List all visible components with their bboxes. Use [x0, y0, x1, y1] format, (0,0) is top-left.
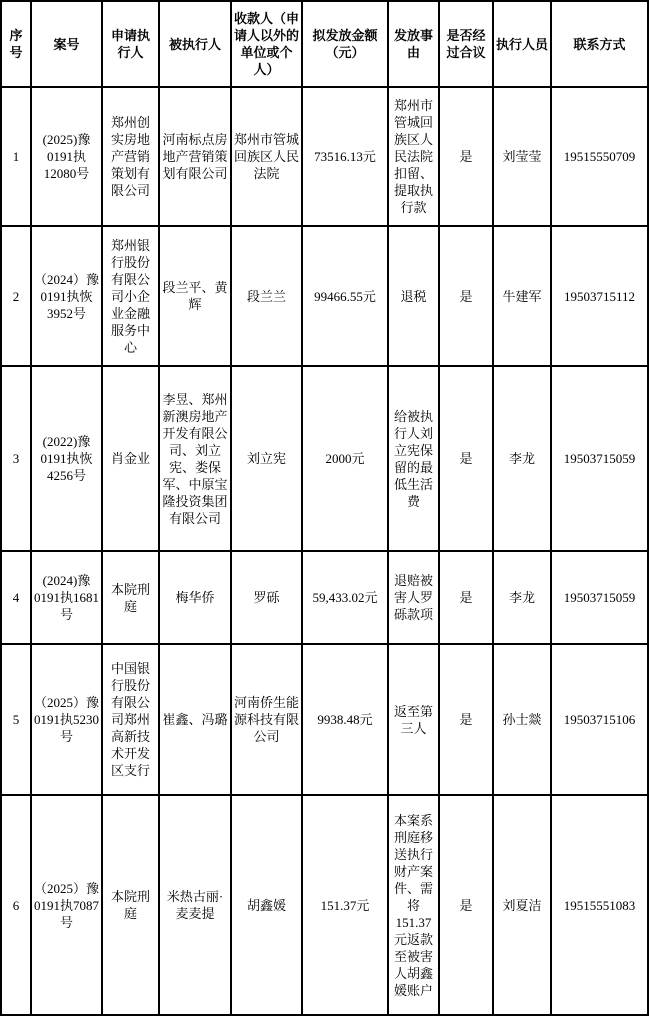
- cell-payee: 胡鑫媛: [231, 795, 302, 1015]
- cell-officer: 牛建军: [493, 226, 551, 366]
- cell-contact: 19503715059: [551, 551, 648, 644]
- col-header-serial-number: 序号: [1, 1, 31, 87]
- col-header-deliberated: 是否经过合议: [439, 1, 493, 87]
- payout-table: 序号 案号 申请执行人 被执行人 收款人（申请人以外的单位或个人） 拟发放金额（…: [0, 0, 649, 1016]
- col-header-contact: 联系方式: [551, 1, 648, 87]
- col-header-case-number: 案号: [31, 1, 102, 87]
- cell-officer: 李龙: [493, 551, 551, 644]
- cell-serial-number: 3: [1, 366, 31, 551]
- cell-case-number: (2022)豫0191执恢4256号: [31, 366, 102, 551]
- col-header-officer: 执行人员: [493, 1, 551, 87]
- cell-reason: 返至第三人: [388, 644, 439, 795]
- col-header-payee: 收款人（申请人以外的单位或个人）: [231, 1, 302, 87]
- cell-respondent: 梅华侨: [159, 551, 231, 644]
- cell-case-number: （2025）豫0191执7087号: [31, 795, 102, 1015]
- cell-amount: 2000元: [302, 366, 388, 551]
- cell-deliberated: 是: [439, 551, 493, 644]
- cell-amount: 73516.13元: [302, 87, 388, 226]
- cell-deliberated: 是: [439, 795, 493, 1015]
- cell-applicant: 郑州创实房地产营销策划有限公司: [102, 87, 159, 226]
- cell-officer: 李龙: [493, 366, 551, 551]
- table-row: 2 （2024）豫0191执恢3952号 郑州银行股份有限公司小企业金融服务中心…: [1, 226, 648, 366]
- cell-serial-number: 5: [1, 644, 31, 795]
- header-row: 序号 案号 申请执行人 被执行人 收款人（申请人以外的单位或个人） 拟发放金额（…: [1, 1, 648, 87]
- cell-deliberated: 是: [439, 87, 493, 226]
- cell-serial-number: 2: [1, 226, 31, 366]
- table-row: 5 （2025）豫0191执5230号 中国银行股份有限公司郑州高新技术开发区支…: [1, 644, 648, 795]
- cell-contact: 19515550709: [551, 87, 648, 226]
- cell-serial-number: 4: [1, 551, 31, 644]
- cell-amount: 151.37元: [302, 795, 388, 1015]
- cell-applicant: 本院刑庭: [102, 551, 159, 644]
- table-row: 3 (2022)豫0191执恢4256号 肖金业 李昱、郑州新澳房地产开发有限公…: [1, 366, 648, 551]
- cell-case-number: (2025)豫0191执12080号: [31, 87, 102, 226]
- cell-contact: 19515551083: [551, 795, 648, 1015]
- cell-reason: 郑州市管城回族区人民法院扣留、提取执行款: [388, 87, 439, 226]
- cell-applicant: 肖金业: [102, 366, 159, 551]
- cell-applicant: 本院刑庭: [102, 795, 159, 1015]
- cell-applicant: 中国银行股份有限公司郑州高新技术开发区支行: [102, 644, 159, 795]
- cell-contact: 19503715112: [551, 226, 648, 366]
- cell-amount: 59,433.02元: [302, 551, 388, 644]
- cell-case-number: （2025）豫0191执5230号: [31, 644, 102, 795]
- cell-respondent: 米热古丽·麦麦提: [159, 795, 231, 1015]
- cell-officer: 孙士燚: [493, 644, 551, 795]
- cell-deliberated: 是: [439, 644, 493, 795]
- cell-reason: 本案系刑庭移送执行财产案件、需将151.37元返款至被害人胡鑫媛账户: [388, 795, 439, 1015]
- cell-officer: 刘夏洁: [493, 795, 551, 1015]
- cell-payee: 河南侨生能源科技有限公司: [231, 644, 302, 795]
- col-header-amount: 拟发放金额（元）: [302, 1, 388, 87]
- table-row: 4 (2024)豫0191执1681号 本院刑庭 梅华侨 罗砾 59,433.0…: [1, 551, 648, 644]
- cell-respondent: 段兰平、黄辉: [159, 226, 231, 366]
- cell-reason: 给被执行人刘立宪保留的最低生活费: [388, 366, 439, 551]
- cell-contact: 19503715106: [551, 644, 648, 795]
- cell-amount: 9938.48元: [302, 644, 388, 795]
- cell-serial-number: 1: [1, 87, 31, 226]
- col-header-reason: 发放事由: [388, 1, 439, 87]
- cell-deliberated: 是: [439, 226, 493, 366]
- cell-case-number: （2024）豫0191执恢3952号: [31, 226, 102, 366]
- cell-respondent: 崔鑫、冯璐: [159, 644, 231, 795]
- cell-deliberated: 是: [439, 366, 493, 551]
- cell-payee: 罗砾: [231, 551, 302, 644]
- cell-amount: 99466.55元: [302, 226, 388, 366]
- cell-case-number: (2024)豫0191执1681号: [31, 551, 102, 644]
- col-header-respondent: 被执行人: [159, 1, 231, 87]
- cell-payee: 段兰兰: [231, 226, 302, 366]
- cell-applicant: 郑州银行股份有限公司小企业金融服务中心: [102, 226, 159, 366]
- cell-serial-number: 6: [1, 795, 31, 1015]
- cell-contact: 19503715059: [551, 366, 648, 551]
- cell-reason: 退税: [388, 226, 439, 366]
- col-header-applicant: 申请执行人: [102, 1, 159, 87]
- table-row: 6 （2025）豫0191执7087号 本院刑庭 米热古丽·麦麦提 胡鑫媛 15…: [1, 795, 648, 1015]
- cell-officer: 刘莹莹: [493, 87, 551, 226]
- cell-respondent: 李昱、郑州新澳房地产开发有限公司、刘立宪、娄保军、中原宝隆投资集团有限公司: [159, 366, 231, 551]
- cell-payee: 郑州市管城回族区人民法院: [231, 87, 302, 226]
- cell-payee: 刘立宪: [231, 366, 302, 551]
- table-row: 1 (2025)豫0191执12080号 郑州创实房地产营销策划有限公司 河南标…: [1, 87, 648, 226]
- cell-respondent: 河南标点房地产营销策划有限公司: [159, 87, 231, 226]
- cell-reason: 退赔被害人罗砾款项: [388, 551, 439, 644]
